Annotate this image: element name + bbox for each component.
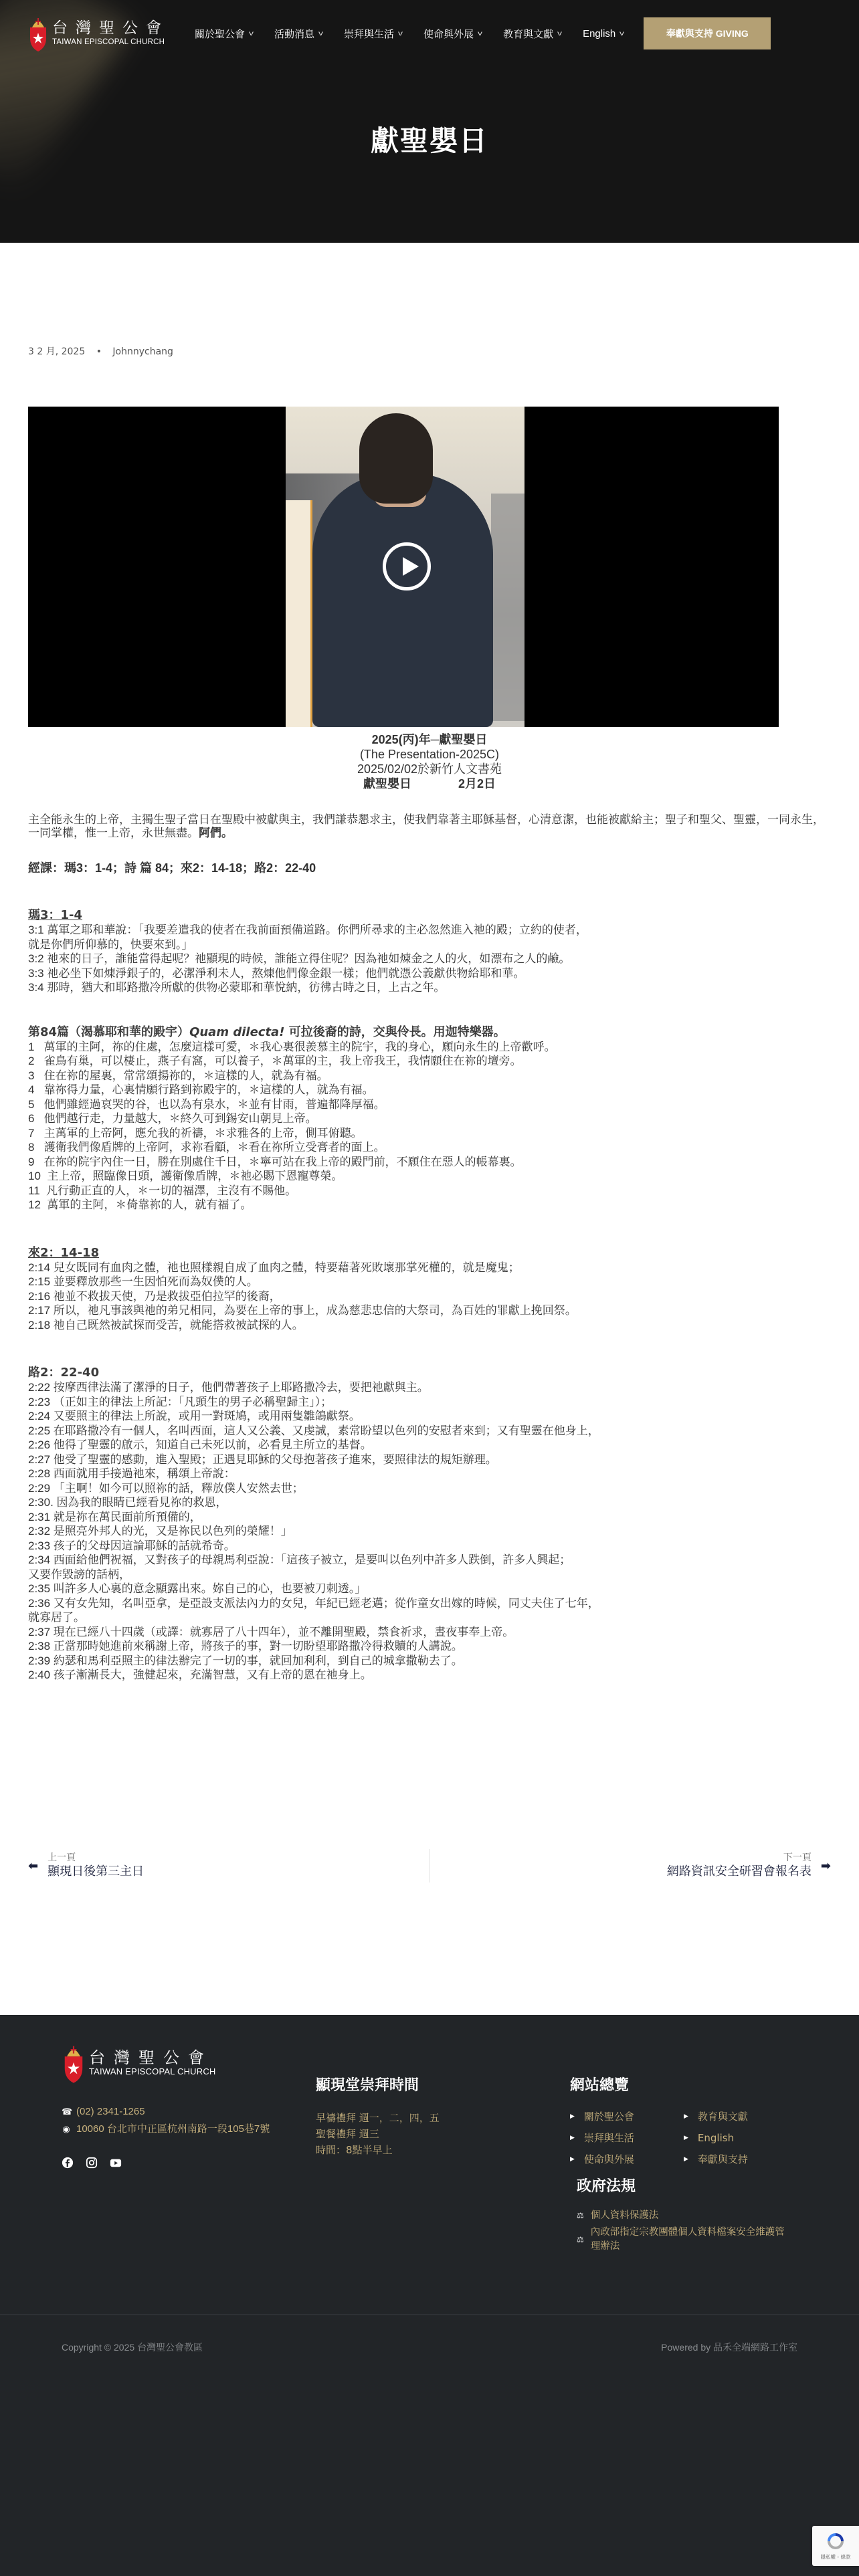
- sitemap-link-mission[interactable]: ▶使命與外展: [570, 2151, 684, 2167]
- link-label: 個人資料保護法: [591, 2209, 659, 2223]
- psalm-heading: 第84篇（渴慕耶和華的殿宇）Quam dilecta! 可拉後裔的詩，交與伶長。…: [28, 1025, 831, 1040]
- collect-text: 主全能永生的上帝，主獨生聖子當日在聖殿中被獻與主，我們謙恭懇求主，使我們靠著主耶…: [28, 813, 824, 839]
- chevron-down-icon: v: [557, 30, 562, 37]
- sitemap-heading: 網站總覽: [570, 2076, 797, 2095]
- post-meta: 3 2 月, 2025 • Johnnychang: [28, 344, 831, 358]
- site-footer: 台灣聖公會 TAIWAN EPISCOPAL CHURCH ☎ (02) 234…: [0, 2015, 859, 2576]
- lessons-list: 經課：瑪3：1-4；詩 篇 84；來2：14-18；路2：22-40: [28, 861, 831, 875]
- chevron-down-icon: v: [318, 30, 323, 37]
- caret-right-icon: ▶: [570, 2109, 575, 2125]
- verse-line: 2:24 又要照主的律法上所說，或用一對斑鳩，或用兩隻雛鴿獻祭。: [28, 1409, 831, 1424]
- link-label: 崇拜與生活: [584, 2130, 634, 2146]
- footer-sitemap-column: 網站總覽 ▶關於聖公會 ▶教育與文獻 ▶崇拜與生活 ▶English ▶使命與外…: [570, 2076, 797, 2256]
- scale-icon: ⚖: [577, 2209, 584, 2223]
- verse-line: 2:26 他得了聖靈的啟示，知道自己未死以前，必看見主所立的基督。: [28, 1438, 831, 1453]
- reading-heading: 路2：22-40: [28, 1366, 831, 1380]
- nav-item-education[interactable]: 教育與文獻v: [492, 20, 572, 47]
- verse-line: 就是你們所仰慕的，快要來到。」: [28, 938, 831, 952]
- sitemap-link-english[interactable]: ▶English: [684, 2130, 797, 2146]
- verse-line: 6 他們越行走，力量越大，＊終久可到錫安山朝見上帝。: [28, 1111, 831, 1126]
- arrow-right-icon: ➡: [821, 1859, 831, 1873]
- main-nav: 關於聖公會v 活動消息v 崇拜與生活v 使命與外展v 教育與文獻v Englis…: [184, 20, 634, 47]
- sitemap-links: ▶關於聖公會 ▶教育與文獻 ▶崇拜與生活 ▶English ▶使命與外展 ▶奉獻…: [570, 2109, 797, 2167]
- link-label: English: [698, 2130, 734, 2146]
- verse-line: 2:31 就是祢在萬民面前所預備的，: [28, 1510, 831, 1525]
- next-label: 下一頁: [783, 1852, 812, 1864]
- logo-chinese-name: 台灣聖公會: [52, 19, 169, 37]
- verse-line: 2:39 約瑟和馬利亞照主的律法辦完了一切的事，就回加利利，到自己的城拿撒勒去了…: [28, 1654, 831, 1669]
- nav-item-news[interactable]: 活動消息v: [264, 20, 333, 47]
- verse-line: 3:3 祂必坐下如煉淨銀子的，必潔淨利未人，熬煉他們像金銀一樣；他們就憑公義獻供…: [28, 966, 831, 981]
- collect-amen: 阿們。: [199, 827, 233, 839]
- chevron-down-icon: v: [478, 30, 482, 37]
- verse-line: 2:33 孩子的父母因這論耶穌的話就希奇。: [28, 1539, 831, 1553]
- verse-line: 2:22 按摩西律法滿了潔淨的日子，他們帶著孩子上耶路撒冷去，要把祂獻與主。: [28, 1380, 831, 1395]
- reading-heading: 來2：14-18: [28, 1246, 831, 1261]
- footer-worship-column: 顯現堂崇拜時間 早禱禮拜 週一，二，四，五 聖餐禮拜 週三 時間：8點半早上: [316, 2076, 440, 2158]
- nav-item-worship[interactable]: 崇拜與生活v: [333, 20, 413, 47]
- post-author-link[interactable]: Johnnychang: [112, 346, 173, 357]
- copyright: Copyright © 2025 台灣聖公會教區: [62, 2341, 203, 2354]
- thumbnail-person: [312, 473, 493, 727]
- worship-time-line: 早禱禮拜 週一，二，四，五: [316, 2110, 440, 2126]
- verse-line: 2:34 西面給他們祝福，又對孩子的母親馬利亞說：「這孩子被立，是要叫以色列中許…: [28, 1553, 831, 1568]
- verse-line: 2:29 「主啊！如今可以照祢的話，釋放僕人安然去世；: [28, 1481, 831, 1496]
- caret-right-icon: ▶: [684, 2109, 688, 2125]
- link-label: 奉獻與支持: [698, 2151, 748, 2167]
- nav-item-about[interactable]: 關於聖公會v: [184, 20, 264, 47]
- verse-line: 2:16 祂並不救拔天使，乃是救拔亞伯拉罕的後裔，: [28, 1289, 831, 1304]
- nav-label: 關於聖公會: [195, 27, 245, 41]
- psalm-heading-title: 第84篇（渴慕耶和華的殿宇）: [28, 1025, 189, 1039]
- logo-english-name: TAIWAN EPISCOPAL CHURCH: [52, 37, 169, 47]
- verse-line: 2:23 （正如主的律法上所記：「凡頭生的男子必稱聖歸主」）；: [28, 1395, 831, 1410]
- video-player[interactable]: [28, 407, 779, 727]
- phone-icon: ☎: [62, 2103, 71, 2121]
- verse-line: 2:18 祂自己既然被試探而受苦，就能搭救被試探的人。: [28, 1318, 831, 1333]
- regulations-heading: 政府法規: [577, 2177, 797, 2197]
- verse-line: 7 主萬軍的上帝阿，應允我的祈禱，＊求雅各的上帝，側耳俯聽。: [28, 1126, 831, 1141]
- feast-date: 2月2日: [458, 777, 496, 790]
- verse-line: 2:25 在耶路撒冷有一個人，名叫西面，這人又公義、又虔誠，素常盼望以色列的安慰…: [28, 1424, 831, 1438]
- link-label: 教育與文獻: [698, 2109, 748, 2125]
- verse-line: 12 萬軍的主阿，＊倚靠祢的人，就有福了。: [28, 1198, 831, 1212]
- verse-line: 2:37 現在已經八十四歲（或譯：就寡居了八十四年），並不離開聖殿，禁食祈求，晝…: [28, 1625, 831, 1640]
- verse-line: 3:2 祂來的日子，誰能當得起呢？祂顯現的時候，誰能立得住呢？因為祂如煉金之人的…: [28, 952, 831, 966]
- nav-label: 崇拜與生活: [344, 27, 394, 41]
- link-label: 使命與外展: [584, 2151, 634, 2167]
- caption-feast: 獻聖嬰日2月2日: [28, 776, 831, 791]
- caption-date-place: 2025/02/02於新竹人文書苑: [28, 762, 831, 776]
- verse-line: 2:35 叫許多人心裏的意念顯露出來。妳自己的心，也要被刀刺透。」: [28, 1582, 831, 1596]
- map-pin-icon: ◉: [62, 2121, 71, 2138]
- verse-line: 2:27 他受了聖靈的感動，進入聖殿；正遇見耶穌的父母抱著孩子進來，要照律法的規…: [28, 1453, 831, 1467]
- chevron-down-icon: v: [619, 30, 624, 37]
- verse-line: 2:36 又有女先知，名叫亞拿，是亞設支派法內力的女兒，年紀已經老邁；從作童女出…: [28, 1596, 831, 1611]
- worship-time-line: 聖餐禮拜 週三: [316, 2126, 440, 2142]
- verse-line: 9 在祢的院宇內住一日，勝在別處住千日，＊寧可站在我上帝的殿門前，不願住在惡人的…: [28, 1155, 831, 1170]
- reading-hebrews: 來2：14-18 2:14 兒女既同有血肉之體，祂也照樣親自成了血肉之體，特要藉…: [28, 1246, 831, 1333]
- page-title: 獻聖嬰日: [0, 119, 859, 159]
- post-navigation: ⬅ 上一頁 顯現日後第三主日 下一頁 網路資訊安全研習會報名表 ➡: [28, 1849, 831, 1883]
- verse-line: 2:32 是照亮外邦人的光，又是祢民以色列的榮耀！」: [28, 1524, 831, 1539]
- nav-item-mission[interactable]: 使命與外展v: [413, 20, 492, 47]
- caption-english: (The Presentation-2025C): [28, 747, 831, 762]
- worship-heading: 顯現堂崇拜時間: [316, 2076, 440, 2095]
- scale-icon: ⚖: [577, 2233, 584, 2247]
- verse-line: 2:28 西面就用手接過祂來，稱頌上帝說：: [28, 1467, 831, 1481]
- giving-button[interactable]: 奉獻與支持 GIVING: [644, 17, 771, 49]
- nav-label: 活動消息: [274, 27, 314, 41]
- verse-line: 1 萬軍的主阿，祢的住處，怎麼這樣可愛，＊我心裏很羨慕主的院宇，我的身心，願向永…: [28, 1040, 831, 1055]
- site-logo[interactable]: 台灣聖公會 TAIWAN EPISCOPAL CHURCH: [28, 14, 169, 53]
- church-crest-icon: [62, 2042, 86, 2084]
- thumbnail-head: [359, 413, 433, 504]
- verse-line: 2:14 兒女既同有血肉之體，祂也照樣親自成了血肉之體，特要藉著死敗壞那掌死權的…: [28, 1261, 831, 1275]
- verse-line: 就寡居了。: [28, 1610, 831, 1625]
- address-link[interactable]: 10060 台北市中正區杭州南路一段105巷7號: [76, 2121, 270, 2138]
- feast-name: 獻聖嬰日: [363, 777, 411, 790]
- phone-row: ☎ (02) 2341-1265: [62, 2103, 270, 2121]
- link-label: 內政部指定宗教團體個人資料檔案安全維護管理辦法: [591, 2226, 791, 2254]
- thumbnail-robe: [286, 500, 312, 727]
- play-icon[interactable]: [383, 542, 431, 591]
- facebook-icon[interactable]: [62, 2157, 74, 2171]
- logo-english-name: TAIWAN EPISCOPAL CHURCH: [89, 2066, 216, 2077]
- collect-prayer: 主全能永生的上帝，主獨生聖子當日在聖殿中被獻與主，我們謙恭懇求主，使我們靠著主耶…: [28, 813, 831, 840]
- sitemap-link-education[interactable]: ▶教育與文獻: [684, 2109, 797, 2125]
- worship-time-line: 時間：8點半早上: [316, 2142, 440, 2158]
- verse-line: 2:30. 因為我的眼睛已經看見祢的救恩，: [28, 1495, 831, 1510]
- post-date: 3 2 月, 2025: [28, 346, 85, 357]
- verse-line: 2:15 並要釋放那些一生因怕死而為奴僕的人。: [28, 1275, 831, 1289]
- reading-psalm: 第84篇（渴慕耶和華的殿宇）Quam dilecta! 可拉後裔的詩，交與伶長。…: [28, 1025, 831, 1212]
- service-caption: 2025(丙)年─獻聖嬰日 (The Presentation-2025C) 2…: [28, 732, 831, 791]
- next-post-link[interactable]: 下一頁 網路資訊安全研習會報名表 ➡: [429, 1849, 832, 1883]
- reading-heading: 瑪3：1-4: [28, 908, 831, 923]
- verse-line: 8 護衛我們像盾牌的上帝阿，求祢看顧，＊看在祢所立受膏者的面上。: [28, 1140, 831, 1155]
- reading-malachi: 瑪3：1-4 3:1 萬軍之耶和華說：「我要差遣我的使者在我前面預備道路。你們所…: [28, 908, 831, 995]
- contact-info: ☎ (02) 2341-1265 ◉ 10060 台北市中正區杭州南路一段105…: [62, 2103, 270, 2138]
- verse-line: 2:17 所以，祂凡事該與祂的弟兄相同，為要在上帝的事上，成為慈悲忠信的大祭司，…: [28, 1303, 831, 1318]
- verse-line: 4 靠祢得力量，心裏情願行路到祢殿宇的，＊這樣的人，就為有福。: [28, 1083, 831, 1097]
- regulation-link-privacy-act[interactable]: ⚖個人資料保護法: [577, 2209, 791, 2223]
- footer-contact-column: 台灣聖公會 TAIWAN EPISCOPAL CHURCH ☎ (02) 234…: [62, 2042, 270, 2171]
- phone-link[interactable]: (02) 2341-1265: [76, 2103, 145, 2121]
- church-crest-icon: [28, 14, 48, 53]
- social-links: [62, 2157, 270, 2171]
- meta-separator: •: [96, 346, 102, 357]
- footer-divider: [0, 2315, 859, 2315]
- caption-title: 2025(丙)年─獻聖嬰日: [28, 732, 831, 747]
- verse-line: 3:4 那時，猶大和耶路撒冷所獻的供物必蒙耶和華悅納，彷彿古時之日，上古之年。: [28, 980, 831, 995]
- arrow-left-icon: ⬅: [28, 1859, 38, 1873]
- site-header: 台灣聖公會 TAIWAN EPISCOPAL CHURCH 關於聖公會v 活動消…: [0, 0, 859, 67]
- instagram-icon[interactable]: [86, 2157, 98, 2171]
- caret-right-icon: ▶: [570, 2130, 575, 2146]
- verse-line: 3:1 萬軍之耶和華說：「我要差遣我的使者在我前面預備道路。你們所尋求的主必忽然…: [28, 923, 831, 938]
- regulations-links: ⚖個人資料保護法 ⚖內政部指定宗教團體個人資料檔案安全維護管理辦法: [577, 2209, 791, 2254]
- verse-line: 3 住在祢的屋裏，常常頌揚祢的，＊這樣的人，就為有福。: [28, 1069, 831, 1083]
- youtube-icon[interactable]: [110, 2157, 122, 2171]
- verse-line: 2 雀鳥有巢，可以棲止，燕子有窩，可以養子，＊萬軍的主，我上帝我王，我情願住在祢…: [28, 1054, 831, 1069]
- address-row: ◉ 10060 台北市中正區杭州南路一段105巷7號: [62, 2121, 270, 2138]
- verse-line: 10 主上帝，照臨像日頭，護衛像盾牌，＊祂必賜下恩寵尊榮。: [28, 1169, 831, 1184]
- psalm-heading-note: 可拉後裔的詩，交與伶長。用迦特樂器。: [284, 1025, 505, 1039]
- footer-logo[interactable]: 台灣聖公會 TAIWAN EPISCOPAL CHURCH: [62, 2042, 270, 2084]
- thumbnail-wall: [491, 494, 524, 721]
- nav-label: English: [583, 28, 615, 39]
- previous-title: 顯現日後第三主日: [47, 1864, 144, 1880]
- recaptcha-badge[interactable]: 隱私權 - 條款: [812, 2526, 859, 2566]
- nav-item-english[interactable]: Englishv: [572, 20, 634, 47]
- recaptcha-icon: [826, 2531, 846, 2551]
- caret-right-icon: ▶: [570, 2151, 575, 2167]
- caret-right-icon: ▶: [684, 2130, 688, 2146]
- hero-banner: 台灣聖公會 TAIWAN EPISCOPAL CHURCH 關於聖公會v 活動消…: [0, 0, 859, 243]
- nav-label: 使命與外展: [423, 27, 474, 41]
- link-label: 關於聖公會: [584, 2109, 634, 2125]
- post-article: 3 2 月, 2025 • Johnnychang 2025(丙)年─獻聖嬰日 …: [0, 344, 859, 1683]
- psalm-latin-title: Quam dilecta!: [189, 1025, 284, 1039]
- verse-line: 2:40 孩子漸漸長大，強健起來，充滿智慧，又有上帝的恩在祂身上。: [28, 1668, 831, 1683]
- worship-times: 早禱禮拜 週一，二，四，五 聖餐禮拜 週三 時間：8點半早上: [316, 2110, 440, 2158]
- verse-line: 5 他們雖經過哀哭的谷，也以為有泉水，＊並有甘雨，普遍都降厚福。: [28, 1097, 831, 1112]
- previous-label: 上一頁: [47, 1852, 144, 1864]
- reading-luke: 路2：22-40 2:22 按摩西律法滿了潔淨的日子，他們帶著孩子上耶路撒冷去，…: [28, 1366, 831, 1683]
- verse-line: 又要作毀謗的話柄，: [28, 1568, 831, 1582]
- sitemap-link-about[interactable]: ▶關於聖公會: [570, 2109, 684, 2125]
- regulation-link-religious-data[interactable]: ⚖內政部指定宗教團體個人資料檔案安全維護管理辦法: [577, 2226, 791, 2254]
- caret-right-icon: ▶: [684, 2151, 688, 2167]
- nav-label: 教育與文獻: [503, 27, 553, 41]
- sitemap-link-giving[interactable]: ▶奉獻與支持: [684, 2151, 797, 2167]
- logo-chinese-name: 台灣聖公會: [89, 2049, 216, 2066]
- next-title: 網路資訊安全研習會報名表: [667, 1864, 812, 1880]
- previous-post-link[interactable]: ⬅ 上一頁 顯現日後第三主日: [28, 1849, 429, 1883]
- recaptcha-links[interactable]: 隱私權 - 條款: [821, 2553, 851, 2561]
- verse-line: 2:38 正當那時她進前來稱謝上帝，將孩子的事，對一切盼望耶路撒冷得救贖的人講說…: [28, 1639, 831, 1654]
- chevron-down-icon: v: [398, 30, 403, 37]
- verse-line: 11 凡行動正直的人，＊一切的福澤，主沒有不賜他。: [28, 1184, 831, 1198]
- powered-by-link[interactable]: Powered by 品禾全端網路工作室: [661, 2341, 797, 2354]
- chevron-down-icon: v: [249, 30, 254, 37]
- sitemap-link-worship[interactable]: ▶崇拜與生活: [570, 2130, 684, 2146]
